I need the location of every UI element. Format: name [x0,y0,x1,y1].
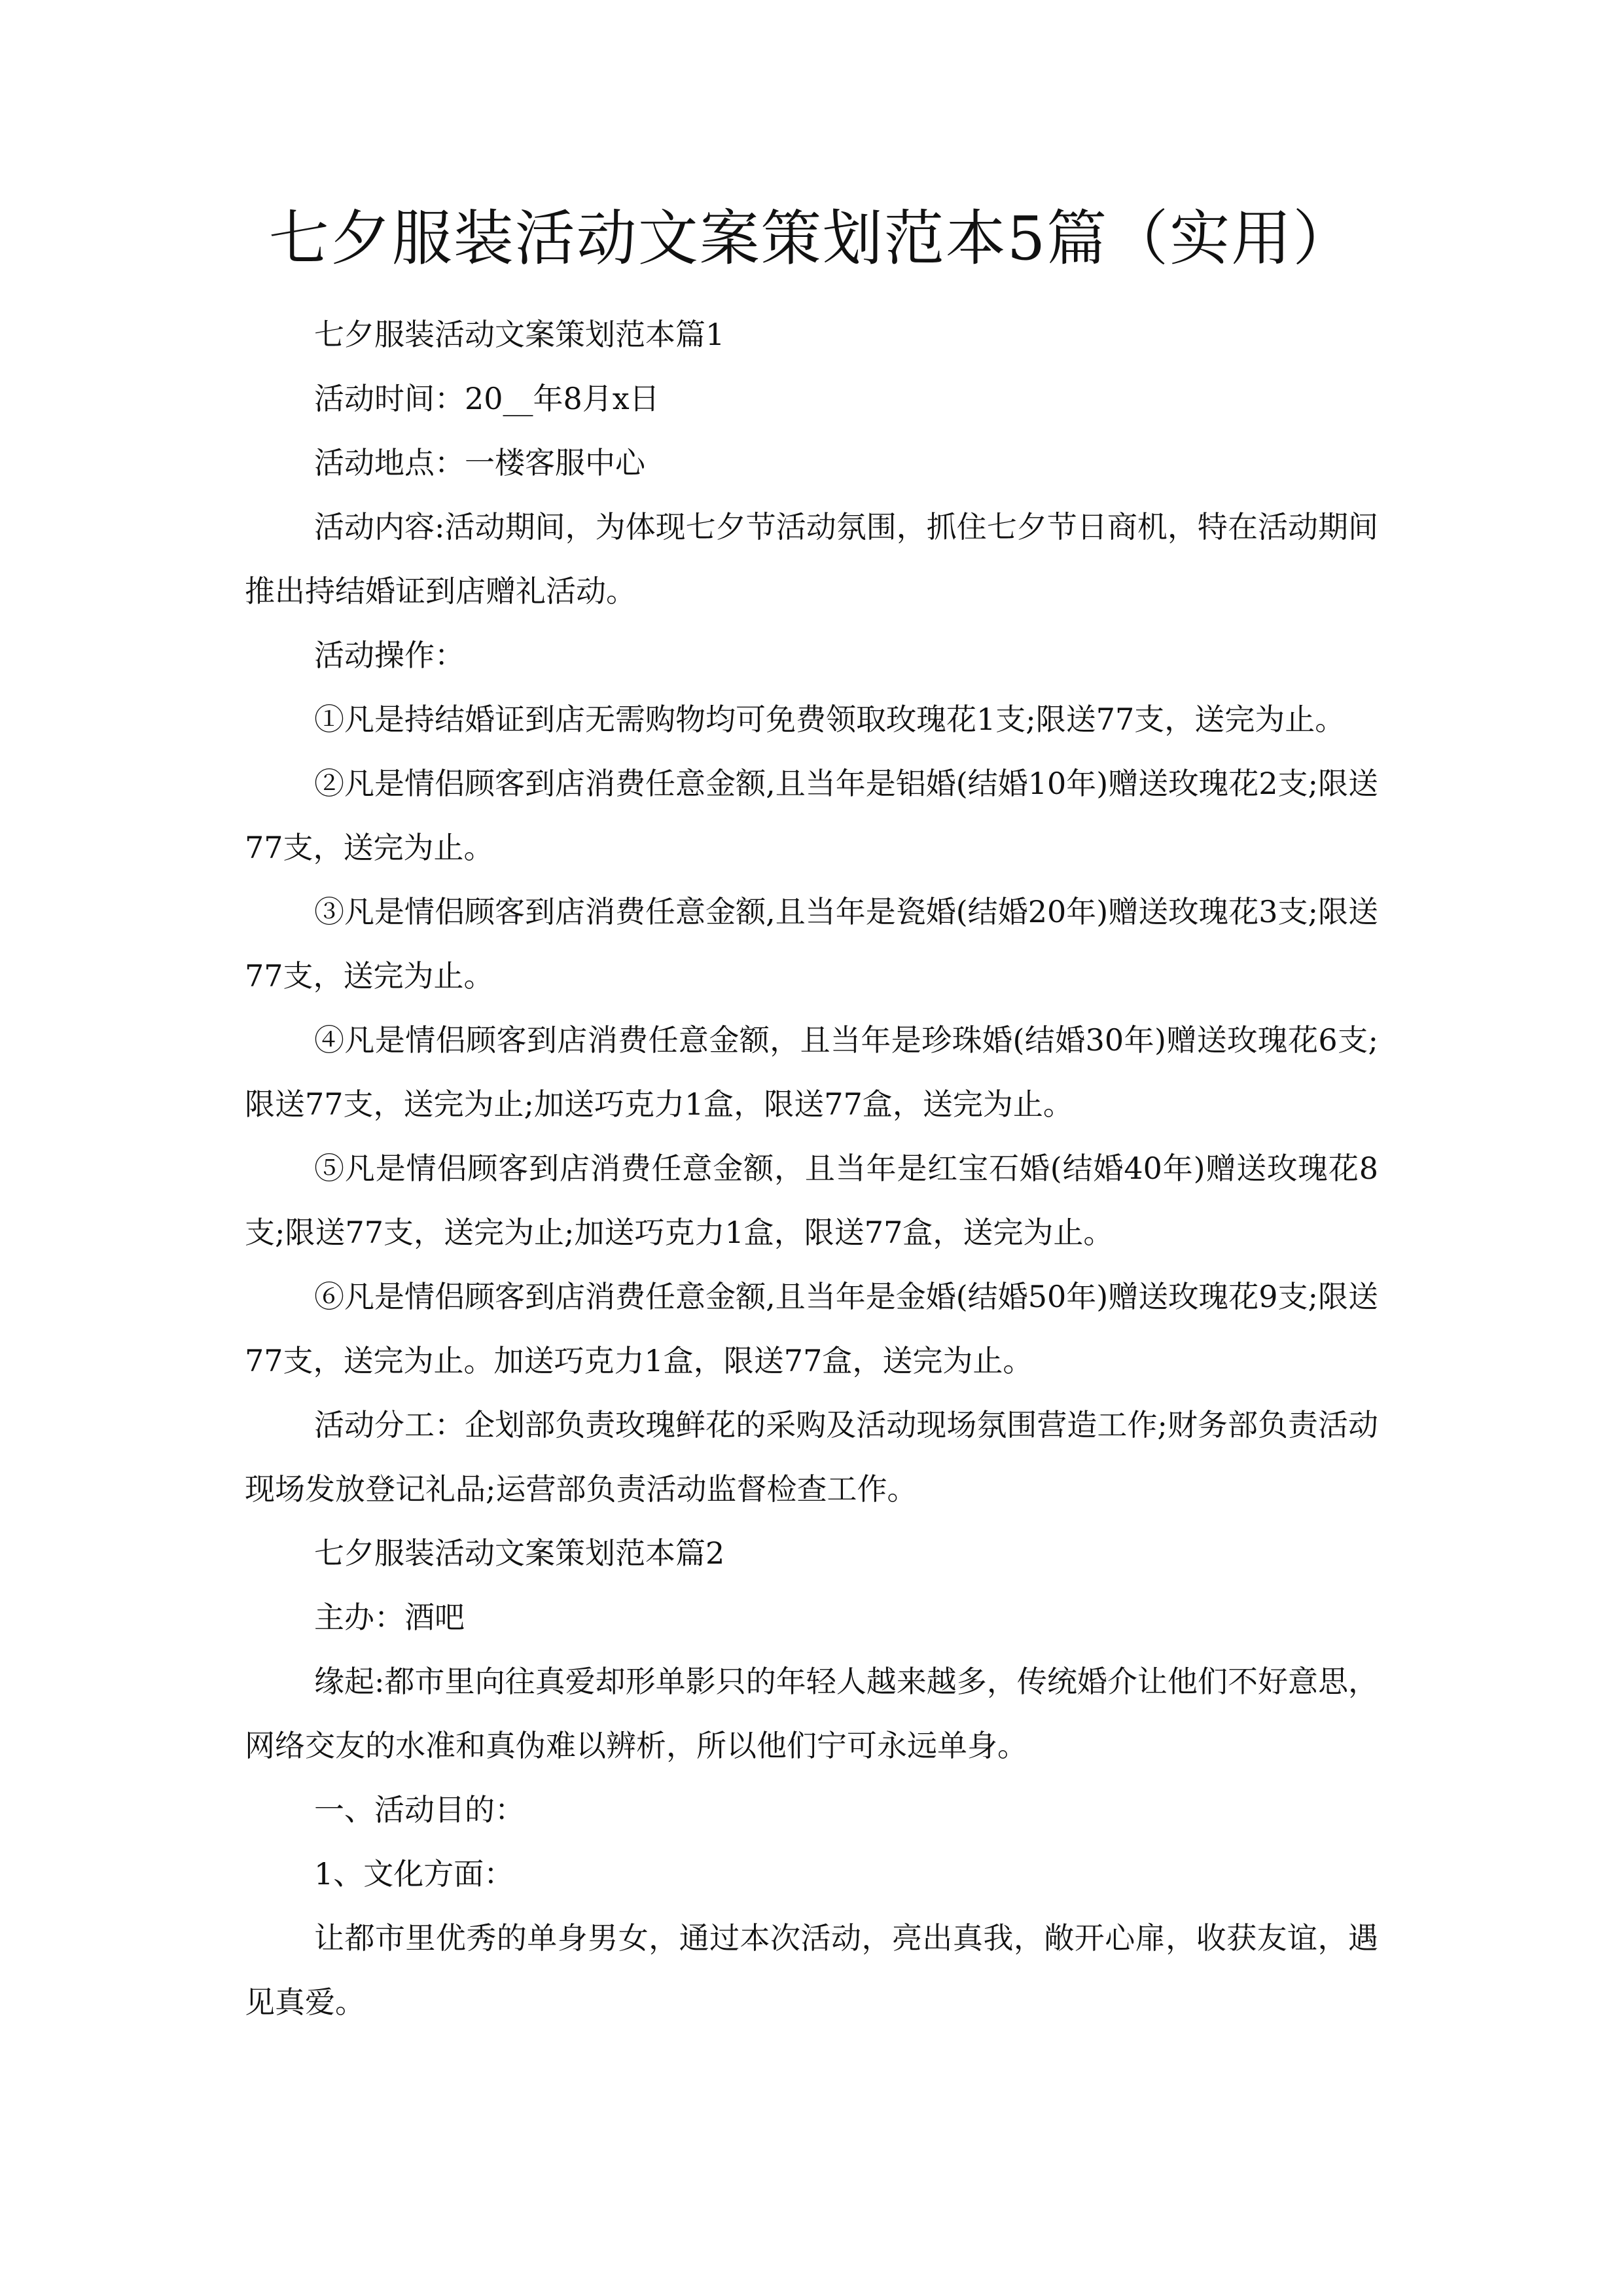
culture-subheading: 1、文化方面： [245,1842,1378,1906]
activity-time: 活动时间：20__年8月x日 [245,367,1378,431]
operation-item-3: ③凡是情侣顾客到店消费任意金额,且当年是瓷婚(结婚20年)赠送玫瑰花3支;限送7… [245,880,1378,1008]
organizer: 主办：酒吧 [245,1585,1378,1649]
activity-operation-heading: 活动操作： [245,623,1378,687]
purpose-heading: 一、活动目的： [245,1778,1378,1842]
activity-division: 活动分工：企划部负责玫瑰鲜花的采购及活动现场氛围营造工作;财务部负责活动现场发放… [245,1393,1378,1521]
operation-item-5: ⑤凡是情侣顾客到店消费任意金额，且当年是红宝石婚(结婚40年)赠送玫瑰花8支;限… [245,1136,1378,1265]
section-heading-2: 七夕服装活动文案策划范本篇2 [245,1521,1378,1585]
operation-item-1: ①凡是持结婚证到店无需购物均可免费领取玫瑰花1支;限送77支，送完为止。 [245,687,1378,751]
operation-item-4: ④凡是情侣顾客到店消费任意金额，且当年是珍珠婚(结婚30年)赠送玫瑰花6支;限送… [245,1008,1378,1136]
section-heading-1: 七夕服装活动文案策划范本篇1 [245,302,1378,367]
document-page: 七夕服装活动文案策划范本5篇（实用） 七夕服装活动文案策划范本篇1 活动时间：2… [0,0,1623,2296]
activity-content: 活动内容:活动期间，为体现七夕节活动氛围，抓住七夕节日商机，特在活动期间推出持结… [245,495,1378,623]
operation-item-6: ⑥凡是情侣顾客到店消费任意金额,且当年是金婚(结婚50年)赠送玫瑰花9支;限送7… [245,1265,1378,1393]
document-body: 七夕服装活动文案策划范本篇1 活动时间：20__年8月x日 活动地点：一楼客服中… [245,302,1378,2034]
operation-item-2: ②凡是情侣顾客到店消费任意金额,且当年是铝婚(结婚10年)赠送玫瑰花2支;限送7… [245,751,1378,880]
origin: 缘起:都市里向往真爱却形单影只的年轻人越来越多，传统婚介让他们不好意思，网络交友… [245,1649,1378,1778]
document-title: 七夕服装活动文案策划范本5篇（实用） [0,196,1623,281]
culture-text: 让都市里优秀的单身男女，通过本次活动，亮出真我，敞开心扉，收获友谊，遇见真爱。 [245,1906,1378,2034]
activity-location: 活动地点：一楼客服中心 [245,431,1378,495]
